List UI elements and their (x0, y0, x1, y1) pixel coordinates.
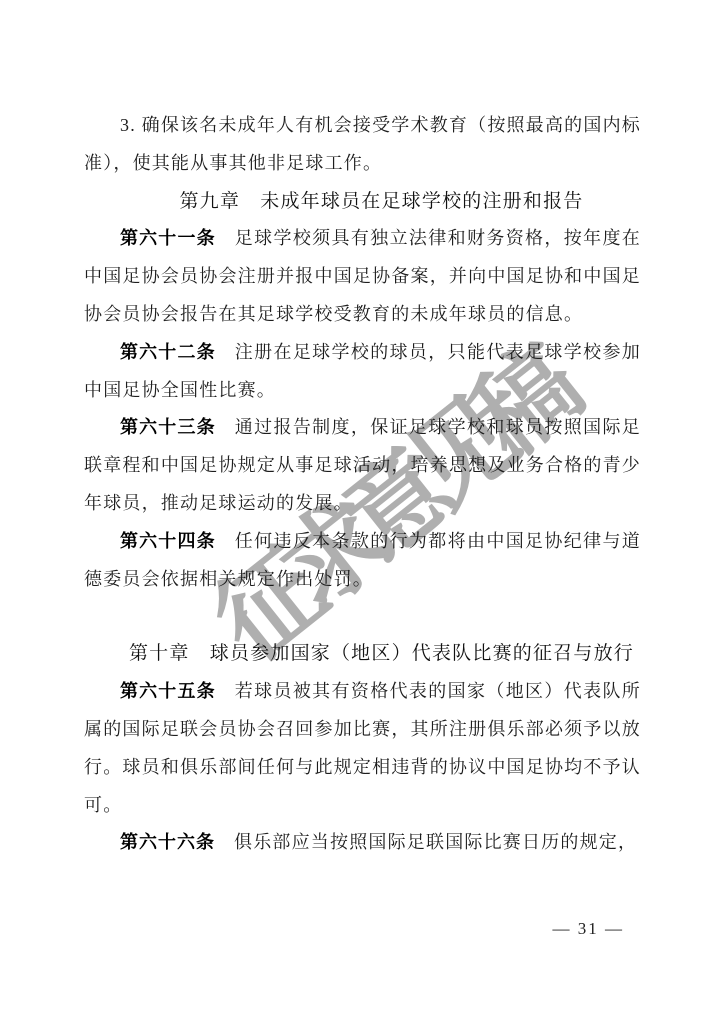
document-page: 征求意见稿 3. 确保该名未成年人有机会接受学术教育（按照最高的国内标准），使其… (0, 0, 720, 1018)
article-63-label: 第六十三条 (120, 417, 216, 437)
article-66: 第六十六条俱乐部应当按照国际足联国际比赛日历的规定， (84, 824, 641, 862)
chapter-10-heading: 第十章 球员参加国家（地区）代表队比赛的征召与放行 (84, 635, 641, 673)
article-65: 第六十五条若球员被其有资格代表的国家（地区）代表队所属的国际足联会员协会召回参加… (84, 673, 641, 824)
article-63: 第六十三条通过报告制度，保证足球学校和球员按照国际足联章程和中国足协规定从事足球… (84, 409, 641, 522)
intro-paragraph: 3. 确保该名未成年人有机会接受学术教育（按照最高的国内标准），使其能从事其他非… (84, 107, 641, 183)
page-number: — 31 — (553, 919, 625, 939)
article-65-label: 第六十五条 (120, 681, 216, 701)
article-62-label: 第六十二条 (120, 342, 216, 362)
article-65-text: 若球员被其有资格代表的国家（地区）代表队所属的国际足联会员协会召回参加比赛，其所… (84, 681, 641, 814)
article-62: 第六十二条注册在足球学校的球员，只能代表足球学校参加中国足协全国性比赛。 (84, 334, 641, 410)
article-64-label: 第六十四条 (120, 531, 216, 551)
document-body: 3. 确保该名未成年人有机会接受学术教育（按照最高的国内标准），使其能从事其他非… (84, 107, 641, 862)
article-61: 第六十一条足球学校须具有独立法律和财务资格，按年度在中国足协会员协会注册并报中国… (84, 220, 641, 333)
article-66-text: 俱乐部应当按照国际足联国际比赛日历的规定， (234, 832, 637, 852)
article-61-label: 第六十一条 (120, 228, 216, 248)
chapter-9-heading: 第九章 未成年球员在足球学校的注册和报告 (84, 183, 641, 221)
article-66-label: 第六十六条 (120, 832, 215, 852)
article-64: 第六十四条任何违反本条款的行为都将由中国足协纪律与道德委员会依据相关规定作出处罚… (84, 523, 641, 599)
